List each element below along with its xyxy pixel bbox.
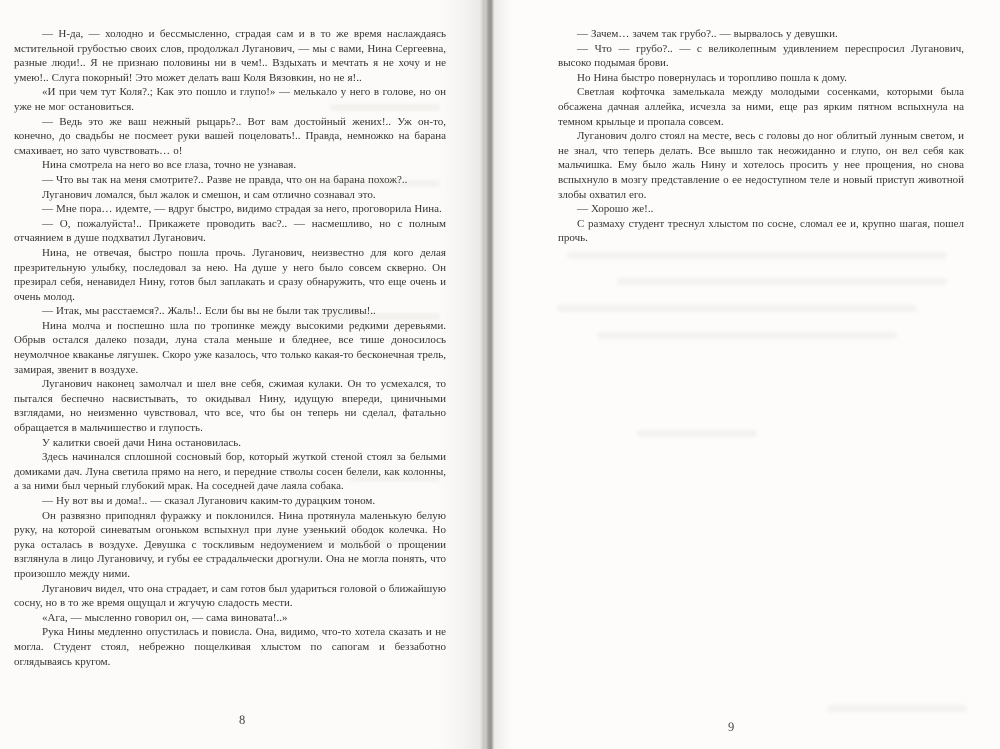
- page-left-text-column: — Н-да, — холодно и бессмысленно, страда…: [14, 27, 446, 669]
- page-number-left: 8: [239, 713, 245, 728]
- paragraph: — Хорошо же!..: [558, 202, 964, 217]
- page-right-text-column: — Зачем… зачем так грубо?.. — вырвалось …: [558, 27, 964, 246]
- paragraph: Нина смотрела на него во все глаза, точн…: [14, 158, 446, 173]
- paragraph: Нина, не отвечая, быстро пошла прочь. Лу…: [14, 246, 446, 304]
- paragraph: У калитки своей дачи Нина остановилась.: [14, 436, 446, 451]
- page-right: — Зачем… зачем так грубо?.. — вырвалось …: [497, 0, 1000, 749]
- paragraph: С размаху студент треснул хлыстом по сос…: [558, 217, 964, 246]
- paragraph: — О, пожалуйста!.. Прикажете проводить в…: [14, 217, 446, 246]
- paragraph: — Ведь это же ваш нежный рыцарь?.. Вот в…: [14, 115, 446, 159]
- paragraph: — Что вы так на меня смотрите?.. Разве н…: [14, 173, 446, 188]
- paragraph: «И при чем тут Коля?.; Как это пошло и г…: [14, 85, 446, 114]
- bleedthrough-mark: [827, 705, 967, 712]
- paragraph: Нина молча и поспешно шла по тропинке ме…: [14, 319, 446, 377]
- page-left: — Н-да, — холодно и бессмысленно, страда…: [0, 0, 497, 749]
- paragraph: Он развязно приподнял фуражку и поклонил…: [14, 509, 446, 582]
- book-spread: — Н-да, — холодно и бессмысленно, страда…: [0, 0, 1000, 749]
- paragraph: «Ага, — мысленно говорил он, — сама вино…: [14, 611, 446, 626]
- bleedthrough-mark: [617, 278, 947, 285]
- paragraph: Здесь начинался сплошной сосновый бор, к…: [14, 450, 446, 494]
- paragraph: — Ну вот вы и дома!.. — сказал Луганович…: [14, 494, 446, 509]
- paragraph: Светлая кофточка замелькала между молоды…: [558, 85, 964, 129]
- paragraph: Луганович видел, что она страдает, и сам…: [14, 582, 446, 611]
- paragraph: — Мне пора… идемте, — вдруг быстро, види…: [14, 202, 446, 217]
- bleedthrough-mark: [637, 430, 757, 437]
- page-number-right: 9: [728, 720, 734, 735]
- bleedthrough-mark: [557, 305, 917, 312]
- paragraph: — Зачем… зачем так грубо?.. — вырвалось …: [558, 27, 964, 42]
- paragraph: Луганович ломался, был жалок и смешон, и…: [14, 188, 446, 203]
- bleedthrough-mark: [597, 332, 897, 339]
- paragraph: Луганович наконец замолчал и шел вне себ…: [14, 377, 446, 435]
- bleedthrough-mark: [567, 252, 947, 259]
- paragraph: Луганович долго стоял на месте, весь с г…: [558, 129, 964, 202]
- paragraph: — Что — грубо?.. — с великолепным удивле…: [558, 42, 964, 71]
- paragraph: — Н-да, — холодно и бессмысленно, страда…: [14, 27, 446, 85]
- paragraph: Рука Нины медленно опустилась и повисла.…: [14, 625, 446, 669]
- paragraph: Но Нина быстро повернулась и торопливо п…: [558, 71, 964, 86]
- paragraph: — Итак, мы расстаемся?.. Жаль!.. Если бы…: [14, 304, 446, 319]
